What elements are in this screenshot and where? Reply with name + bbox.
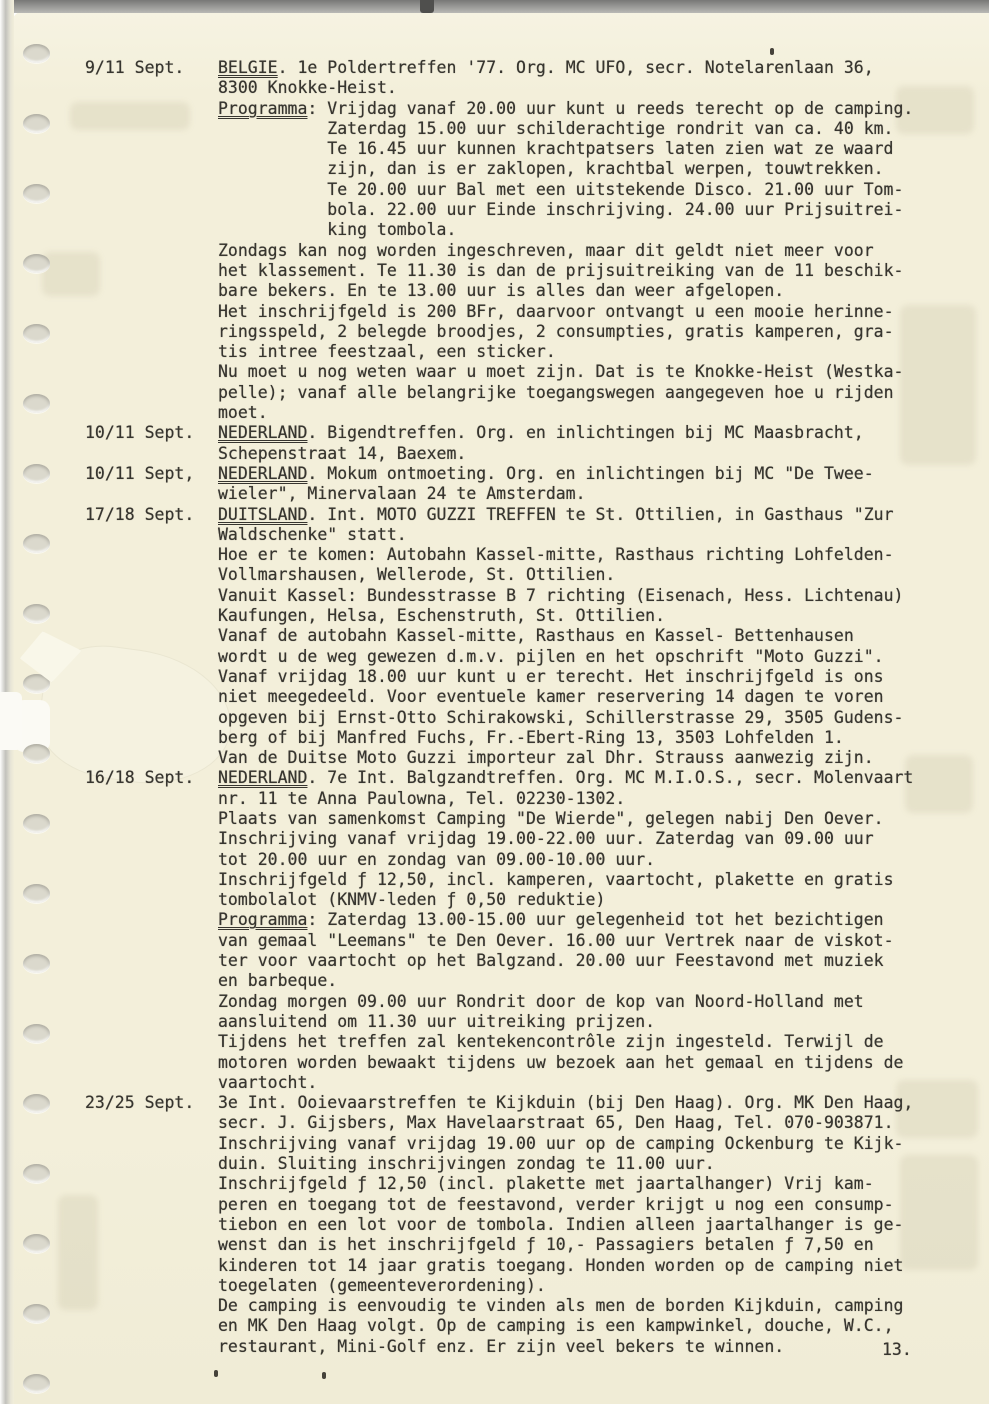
text-segment: Hoe er te komen: Autobahn Kassel-mitte, … xyxy=(218,545,894,564)
text-line: DUITSLAND. Int. MOTO GUZZI TREFFEN te St… xyxy=(218,505,965,525)
punch-hole xyxy=(23,1234,50,1253)
text-segment: wordt u de weg gewezen d.m.v. pijlen en … xyxy=(218,647,884,666)
event-date: 23/25 Sept. xyxy=(85,1093,218,1113)
text-segment: Van de Duitse Moto Guzzi importeur zal D… xyxy=(218,748,874,767)
text-line: aansluitend om 11.30 uur uitreiking prij… xyxy=(218,1012,965,1032)
text-segment: Inschrijfgeld ƒ 12,50 (incl. plakette me… xyxy=(218,1174,874,1193)
text-segment: berg of bij Manfred Fuchs, Fr.-Ebert-Rin… xyxy=(218,728,844,747)
text-line: wordt u de weg gewezen d.m.v. pijlen en … xyxy=(218,647,965,667)
text-line: ter voor vaartocht op het Balgzand. 20.0… xyxy=(218,951,965,971)
text-segment: Inschrijfgeld ƒ 12,50, incl. kamperen, v… xyxy=(218,870,894,889)
text-line: De camping is eenvoudig te vinden als me… xyxy=(218,1296,965,1316)
scanned-document: { "document": { "page_number": "13.", "p… xyxy=(0,0,989,1404)
text-segment: motoren worden bewaakt tijdens uw bezoek… xyxy=(218,1053,903,1072)
text-segment: Te 16.45 uur kunnen krachtpatsers laten … xyxy=(327,139,893,158)
underlined-heading: DUITSLAND xyxy=(218,505,307,524)
text-line: Inschrijfgeld ƒ 12,50, incl. kamperen, v… xyxy=(218,870,965,890)
text-line: Programma: Vrijdag vanaf 20.00 uur kunt … xyxy=(218,99,965,119)
text-line: niet meegedeeld. Voor eventuele kamer re… xyxy=(218,687,965,707)
punch-hole xyxy=(23,534,50,553)
text-line: en barbeque. xyxy=(218,971,965,991)
text-segment: tombolalot (KNMV-leden ƒ 0,50 reduktie) xyxy=(218,890,605,909)
text-segment: Vanaf de autobahn Kassel-mitte, Rasthaus… xyxy=(218,626,854,645)
event-entry: 9/11 Sept.BELGIE. 1e Poldertreffen '77. … xyxy=(85,58,965,423)
punch-hole xyxy=(23,814,50,833)
text-line: van gemaal "Leemans" te Den Oever. 16.00… xyxy=(218,931,965,951)
text-line: Vanuit Kassel: Bundesstrasse B 7 richtin… xyxy=(218,586,965,606)
punch-hole xyxy=(23,1094,50,1113)
punch-hole xyxy=(23,1374,50,1393)
punch-hole xyxy=(23,1024,50,1043)
text-line: Het inschrijfgeld is 200 BFr, daarvoor o… xyxy=(218,302,965,322)
text-segment: : Vrijdag vanaf 20.00 uur kunt u reeds t… xyxy=(307,99,913,118)
event-date: 10/11 Sept. xyxy=(85,423,218,443)
text-line: Inschrijfgeld ƒ 12,50 (incl. plakette me… xyxy=(218,1174,965,1194)
text-segment: : Zaterdag 13.00-15.00 uur gelegenheid t… xyxy=(307,910,883,929)
page-number: 13. xyxy=(882,1340,912,1359)
text-line: en MK Den Haag volgt. Op de camping is e… xyxy=(218,1316,965,1336)
text-segment: Kaufungen, Helsa, Eschenstruth, St. Otti… xyxy=(218,606,665,625)
event-entry: 23/25 Sept.3e Int. Ooievaarstreffen te K… xyxy=(85,1093,965,1357)
event-lines: NEDERLAND. Mokum ontmoeting. Org. en inl… xyxy=(218,464,965,505)
text-line: Vanaf vrijdag 18.00 uur kunt u er terech… xyxy=(218,667,965,687)
text-line: wieler", Minervalaan 24 te Amsterdam. xyxy=(218,484,965,504)
event-date: 16/18 Sept. xyxy=(85,768,218,788)
text-segment: van gemaal "Leemans" te Den Oever. 16.00… xyxy=(218,931,894,950)
text-segment: De camping is eenvoudig te vinden als me… xyxy=(218,1296,903,1315)
text-segment: Vollmarshausen, Wellerode, St. Ottilien. xyxy=(218,565,615,584)
text-line: bola. 22.00 uur Einde inschrijving. 24.0… xyxy=(218,200,965,220)
event-lines: 3e Int. Ooievaarstreffen te Kijkduin (bi… xyxy=(218,1093,965,1357)
event-lines: DUITSLAND. Int. MOTO GUZZI TREFFEN te St… xyxy=(218,505,965,769)
text-line: opgeven bij Ernst-Otto Schirakowski, Sch… xyxy=(218,708,965,728)
text-line: Programma: Zaterdag 13.00-15.00 uur gele… xyxy=(218,910,965,930)
text-line: tiebon en een lot voor de tombola. Indie… xyxy=(218,1215,965,1235)
text-line: Van de Duitse Moto Guzzi importeur zal D… xyxy=(218,748,965,768)
event-date: 9/11 Sept. xyxy=(85,58,218,78)
text-segment: Nu moet u nog weten waar u moet zijn. Da… xyxy=(218,362,903,381)
text-line: motoren worden bewaakt tijdens uw bezoek… xyxy=(218,1053,965,1073)
event-entry: 10/11 Sept.NEDERLAND. Bigendtreffen. Org… xyxy=(85,423,965,464)
punch-hole xyxy=(23,114,50,133)
text-segment: tiebon en een lot voor de tombola. Indie… xyxy=(218,1215,903,1234)
text-segment: 3e Int. Ooievaarstreffen te Kijkduin (bi… xyxy=(218,1093,913,1112)
text-line: 3e Int. Ooievaarstreffen te Kijkduin (bi… xyxy=(218,1093,965,1113)
text-line: tis intree feestzaal, een sticker. xyxy=(218,342,965,362)
punch-hole xyxy=(23,324,50,343)
text-segment: nr. 11 te Anna Paulowna, Tel. 02230-1302… xyxy=(218,789,625,808)
punch-hole xyxy=(23,1304,50,1323)
underlined-heading: NEDERLAND xyxy=(218,768,307,787)
event-entry: 17/18 Sept.DUITSLAND. Int. MOTO GUZZI TR… xyxy=(85,505,965,769)
text-line: Tijdens het treffen zal kentekencontrôle… xyxy=(218,1032,965,1052)
text-segment: moet. xyxy=(218,403,268,422)
text-segment: peren en toegang tot de feestavond, verd… xyxy=(218,1195,894,1214)
text-line: king tombola. xyxy=(218,220,965,240)
event-lines: NEDERLAND. Bigendtreffen. Org. en inlich… xyxy=(218,423,965,464)
text-line: Waldschenke" statt. xyxy=(218,525,965,545)
text-segment: ter voor vaartocht op het Balgzand. 20.0… xyxy=(218,951,884,970)
punch-hole xyxy=(23,464,50,483)
text-segment: Inschrijving vanaf vrijdag 19.00-22.00 u… xyxy=(218,829,874,848)
text-line: Plaats van samenkomst Camping "De Wierde… xyxy=(218,809,965,829)
text-segment: Schepenstraat 14, Baexem. xyxy=(218,444,466,463)
punch-hole xyxy=(23,954,50,973)
text-segment: Plaats van samenkomst Camping "De Wierde… xyxy=(218,809,884,828)
underlined-heading: Programma xyxy=(218,910,307,929)
text-segment: zijn, dan is er zaklopen, krachtbal werp… xyxy=(327,159,883,178)
event-calendar: 9/11 Sept.BELGIE. 1e Poldertreffen '77. … xyxy=(85,58,965,1357)
punch-hole xyxy=(23,744,50,763)
text-segment: wieler", Minervalaan 24 te Amsterdam. xyxy=(218,484,586,503)
text-segment: Zondag morgen 09.00 uur Rondrit door de … xyxy=(218,992,864,1011)
text-segment: kinderen tot 14 jaar gratis toegang. Hon… xyxy=(218,1256,903,1275)
text-line: zijn, dan is er zaklopen, krachtbal werp… xyxy=(218,159,965,179)
text-segment: Tijdens het treffen zal kentekencontrôle… xyxy=(218,1032,884,1051)
text-segment: . Mokum ontmoeting. Org. en inlichtingen… xyxy=(307,464,873,483)
text-segment: Vanaf vrijdag 18.00 uur kunt u er terech… xyxy=(218,667,884,686)
text-segment: 8300 Knokke-Heist. xyxy=(218,78,397,97)
text-segment: vaartocht. xyxy=(218,1073,317,1092)
text-line: tot 20.00 uur en zondag van 09.00-10.00 … xyxy=(218,850,965,870)
event-lines: BELGIE. 1e Poldertreffen '77. Org. MC UF… xyxy=(218,58,965,423)
text-line: NEDERLAND. 7e Int. Balgzandtreffen. Org.… xyxy=(218,768,965,788)
text-segment: tot 20.00 uur en zondag van 09.00-10.00 … xyxy=(218,850,655,869)
text-segment: Waldschenke" statt. xyxy=(218,525,407,544)
text-line: secr. J. Gijsbers, Max Havelaarstraat 65… xyxy=(218,1113,965,1133)
punch-hole xyxy=(23,254,50,273)
text-line: Vollmarshausen, Wellerode, St. Ottilien. xyxy=(218,565,965,585)
underlined-heading: NEDERLAND xyxy=(218,464,307,483)
text-segment: het klassement. Te 11.30 is dan de prijs… xyxy=(218,261,903,280)
text-line: Inschrijving vanaf vrijdag 19.00 uur op … xyxy=(218,1134,965,1154)
text-line: Kaufungen, Helsa, Eschenstruth, St. Otti… xyxy=(218,606,965,626)
event-date: 10/11 Sept, xyxy=(85,464,218,484)
event-entry: 10/11 Sept,NEDERLAND. Mokum ontmoeting. … xyxy=(85,464,965,505)
event-entry: 16/18 Sept.NEDERLAND. 7e Int. Balgzandtr… xyxy=(85,768,965,1093)
text-line: wenst dan is het inschrijfgeld ƒ 10,- Pa… xyxy=(218,1235,965,1255)
text-line: BELGIE. 1e Poldertreffen '77. Org. MC UF… xyxy=(218,58,965,78)
text-line: 8300 Knokke-Heist. xyxy=(218,78,965,98)
punch-hole xyxy=(23,604,50,623)
text-line: Nu moet u nog weten waar u moet zijn. Da… xyxy=(218,362,965,382)
ink-speck xyxy=(770,48,774,55)
text-line: vaartocht. xyxy=(218,1073,965,1093)
text-line: tombolalot (KNMV-leden ƒ 0,50 reduktie) xyxy=(218,890,965,910)
text-line: Schepenstraat 14, Baexem. xyxy=(218,444,965,464)
text-segment: aansluitend om 11.30 uur uitreiking prij… xyxy=(218,1012,655,1031)
text-line: restaurant, Mini-Golf enz. Er zijn veel … xyxy=(218,1337,965,1357)
text-line: Hoe er te komen: Autobahn Kassel-mitte, … xyxy=(218,545,965,565)
punch-hole xyxy=(23,184,50,203)
text-line: moet. xyxy=(218,403,965,423)
text-line: duin. Sluiting inschrijvingen zondag te … xyxy=(218,1154,965,1174)
text-line: pelle); vanaf alle belangrijke toegangsw… xyxy=(218,383,965,403)
text-line: NEDERLAND. Bigendtreffen. Org. en inlich… xyxy=(218,423,965,443)
text-line: Zondags kan nog worden ingeschreven, maa… xyxy=(218,241,965,261)
text-segment: duin. Sluiting inschrijvingen zondag te … xyxy=(218,1154,715,1173)
text-segment: Te 20.00 uur Bal met een uitstekende Dis… xyxy=(327,180,903,199)
text-line: kinderen tot 14 jaar gratis toegang. Hon… xyxy=(218,1256,965,1276)
text-segment: bare bekers. En te 13.00 uur is alles da… xyxy=(218,281,784,300)
text-segment: toegelaten (gemeenteverordening). xyxy=(218,1276,546,1295)
text-line: NEDERLAND. Mokum ontmoeting. Org. en inl… xyxy=(218,464,965,484)
text-segment: . 7e Int. Balgzandtreffen. Org. MC M.I.O… xyxy=(307,768,913,787)
text-line: Zaterdag 15.00 uur schilderachtige rondr… xyxy=(218,119,965,139)
underlined-heading: BELGIE xyxy=(218,58,278,77)
text-segment: niet meegedeeld. Voor eventuele kamer re… xyxy=(218,687,884,706)
text-line: Inschrijving vanaf vrijdag 19.00-22.00 u… xyxy=(218,829,965,849)
text-line: Vanaf de autobahn Kassel-mitte, Rasthaus… xyxy=(218,626,965,646)
text-line: toegelaten (gemeenteverordening). xyxy=(218,1276,965,1296)
text-segment: king tombola. xyxy=(327,220,456,239)
text-segment: en barbeque. xyxy=(218,971,337,990)
ink-speck xyxy=(322,1372,326,1379)
text-segment: Zaterdag 15.00 uur schilderachtige rondr… xyxy=(327,119,893,138)
text-segment: secr. J. Gijsbers, Max Havelaarstraat 65… xyxy=(218,1113,894,1132)
text-segment: . Int. MOTO GUZZI TREFFEN te St. Ottilie… xyxy=(307,505,893,524)
underlined-heading: NEDERLAND xyxy=(218,423,307,442)
ink-speck xyxy=(214,1370,218,1377)
text-segment: Inschrijving vanaf vrijdag 19.00 uur op … xyxy=(218,1134,903,1153)
text-line: Zondag morgen 09.00 uur Rondrit door de … xyxy=(218,992,965,1012)
text-segment: Vanuit Kassel: Bundesstrasse B 7 richtin… xyxy=(218,586,903,605)
event-lines: NEDERLAND. 7e Int. Balgzandtreffen. Org.… xyxy=(218,768,965,1093)
text-segment: . Bigendtreffen. Org. en inlichtingen bi… xyxy=(307,423,863,442)
text-line: berg of bij Manfred Fuchs, Fr.-Ebert-Rin… xyxy=(218,728,965,748)
text-segment: wenst dan is het inschrijfgeld ƒ 10,- Pa… xyxy=(218,1235,874,1254)
text-segment: bola. 22.00 uur Einde inschrijving. 24.0… xyxy=(327,200,903,219)
text-line: ringsspeld, 2 belegde broodjes, 2 consum… xyxy=(218,322,965,342)
text-segment: Zondags kan nog worden ingeschreven, maa… xyxy=(218,241,874,260)
text-line: peren en toegang tot de feestavond, verd… xyxy=(218,1195,965,1215)
text-line: Te 16.45 uur kunnen krachtpatsers laten … xyxy=(218,139,965,159)
text-line: bare bekers. En te 13.00 uur is alles da… xyxy=(218,281,965,301)
text-segment: restaurant, Mini-Golf enz. Er zijn veel … xyxy=(218,1337,784,1356)
text-line: het klassement. Te 11.30 is dan de prijs… xyxy=(218,261,965,281)
text-line: Te 20.00 uur Bal met een uitstekende Dis… xyxy=(218,180,965,200)
text-segment: opgeven bij Ernst-Otto Schirakowski, Sch… xyxy=(218,708,903,727)
text-segment: Het inschrijfgeld is 200 BFr, daarvoor o… xyxy=(218,302,894,321)
punch-hole xyxy=(23,1164,50,1183)
text-segment: pelle); vanaf alle belangrijke toegangsw… xyxy=(218,383,894,402)
text-line: nr. 11 te Anna Paulowna, Tel. 02230-1302… xyxy=(218,789,965,809)
punch-hole xyxy=(23,394,50,413)
punch-hole xyxy=(23,44,50,63)
punch-hole xyxy=(23,884,50,903)
text-segment: ringsspeld, 2 belegde broodjes, 2 consum… xyxy=(218,322,894,341)
underlined-heading: Programma xyxy=(218,99,307,118)
event-date: 17/18 Sept. xyxy=(85,505,218,525)
text-segment: tis intree feestzaal, een sticker. xyxy=(218,342,556,361)
text-segment: . 1e Poldertreffen '77. Org. MC UFO, sec… xyxy=(278,58,874,77)
text-segment: en MK Den Haag volgt. Op de camping is e… xyxy=(218,1316,894,1335)
